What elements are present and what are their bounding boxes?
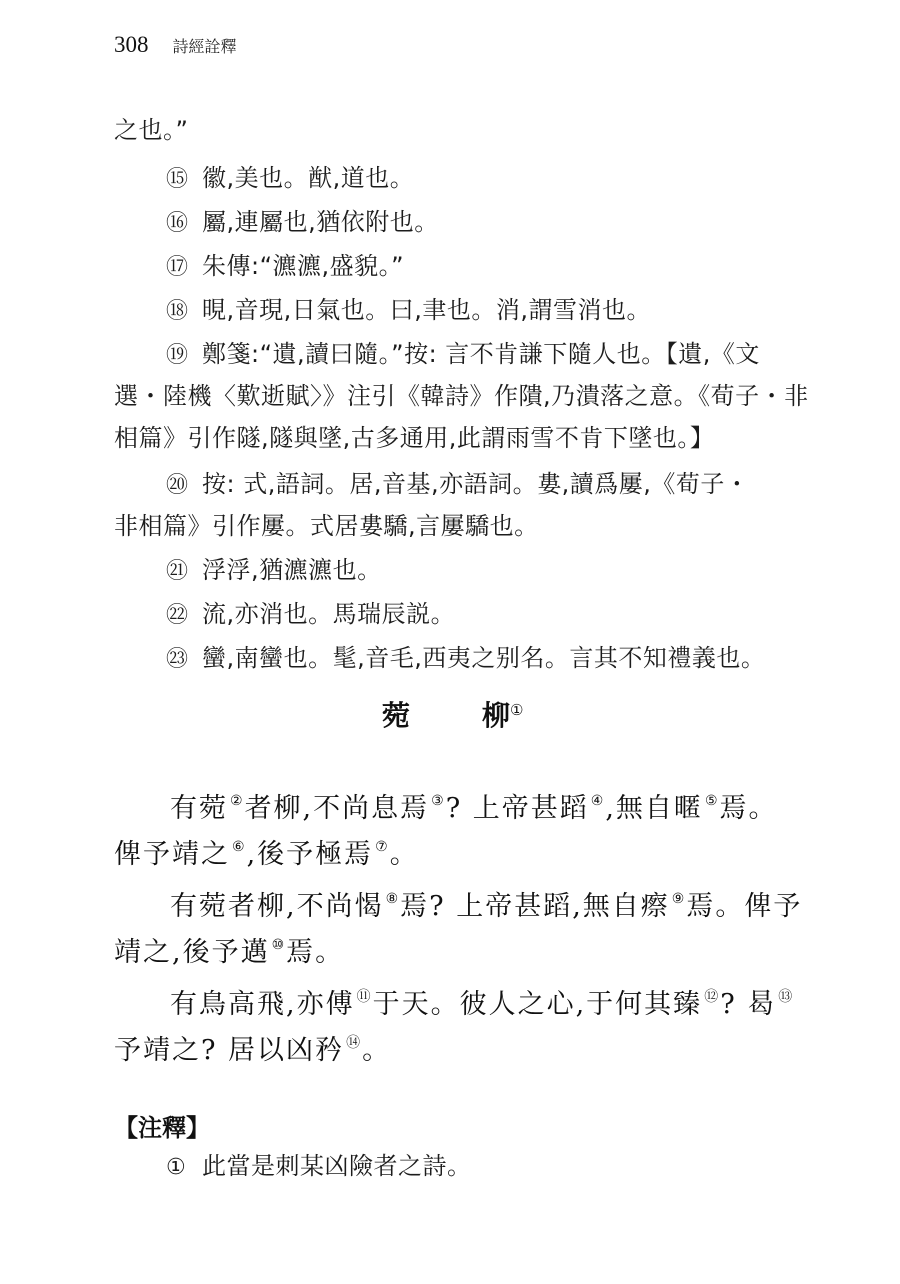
- footnote-marker: ⑩: [272, 937, 285, 953]
- poem-text: ,後予極焉: [247, 839, 374, 870]
- note-23: ㉓蠻,南蠻也。髦,音毛,西夷之别名。言其不知禮義也。: [166, 642, 866, 676]
- poem-text: 于天。彼人之心,于何其臻: [373, 989, 703, 1020]
- note-number: ⑲: [166, 340, 202, 372]
- footnote-marker: ④: [591, 793, 604, 809]
- poem-text: ,無自暱: [605, 793, 703, 824]
- poem-text: 焉? 上帝甚蹈,無自瘵: [400, 891, 670, 922]
- note-text: 徽,美也。猷,道也。: [202, 164, 414, 192]
- note-18: ⑱晛,音現,日氣也。曰,聿也。消,謂雪消也。: [166, 294, 866, 328]
- poem-title-char-1: 菀: [382, 699, 410, 732]
- note-number: ⑯: [166, 208, 202, 240]
- footnote-marker: ⑤: [705, 793, 718, 809]
- note-text: 浮浮,猶瀌瀌也。: [202, 556, 382, 584]
- poem-title-char-2: 柳: [482, 699, 510, 732]
- note-text: 此當是刺某凶險者之詩。: [202, 1152, 472, 1180]
- book-page: 308 詩經詮釋 之也。” ⑮徽,美也。猷,道也。 ⑯屬,連屬也,猶依附也。 ⑰…: [0, 0, 900, 1284]
- footnote-marker: ⑫: [704, 989, 718, 1005]
- note-16: ⑯屬,連屬也,猶依附也。: [166, 206, 866, 240]
- poem-title: 菀柳①: [382, 694, 582, 734]
- poem-text: 有菀者柳,不尚愒: [170, 891, 384, 922]
- poem-text: ? 曷: [720, 989, 776, 1020]
- note-number: ⑳: [166, 470, 202, 502]
- note-number: ⑱: [166, 296, 202, 328]
- note-19-line-1: ⑲鄭箋:“遺,讀曰隨。”按: 言不肯謙下隨人也。【遺,《文: [166, 338, 866, 372]
- poem-stanza-1-line-2: 俾予靖之⑥,後予極焉⑦。: [114, 830, 419, 872]
- footnote-marker: ⑬: [778, 989, 792, 1005]
- footnote-marker: ⑪: [357, 989, 371, 1005]
- poem-text: 焉。: [720, 793, 778, 824]
- note-text: 晛,音現,日氣也。曰,聿也。消,謂雪消也。: [202, 296, 651, 324]
- note-20-line-1: ⑳按: 式,語詞。居,音基,亦語詞。婁,讀爲屢,《荀子・: [166, 468, 866, 502]
- footnote-marker: ②: [230, 793, 243, 809]
- note-22: ㉒流,亦消也。馬瑞辰説。: [166, 598, 866, 632]
- poem-text: 有菀: [170, 793, 228, 824]
- note-text: 朱傳:“瀌瀌,盛貌。”: [202, 252, 404, 280]
- footnote-marker: ⑦: [375, 839, 388, 855]
- note-text: 屬,連屬也,猶依附也。: [202, 208, 439, 236]
- poem-stanza-2-line-2: 靖之,後予邁⑩焉。: [114, 928, 344, 970]
- note-text: 按: 式,語詞。居,音基,亦語詞。婁,讀爲屢,《荀子・: [202, 470, 749, 498]
- poem-text: ? 上帝甚蹈: [446, 793, 589, 824]
- note-text: 鄭箋:“遺,讀曰隨。”按: 言不肯謙下隨人也。【遺,《文: [202, 340, 760, 368]
- poem-text: 焉。俾予: [686, 891, 802, 922]
- note-number: ㉒: [166, 600, 202, 632]
- footnote-marker: ⑥: [232, 839, 245, 855]
- footnote-marker: ⑭: [346, 1035, 360, 1051]
- annotation-1: ①此當是刺某凶險者之詩。: [166, 1150, 866, 1184]
- note-21: ㉑浮浮,猶瀌瀌也。: [166, 554, 866, 588]
- note-number: ㉑: [166, 556, 202, 588]
- footnote-marker: ①: [510, 701, 523, 719]
- footnote-marker: ③: [431, 793, 444, 809]
- poem-text: 者柳,不尚息焉: [245, 793, 430, 824]
- note-number: ⑮: [166, 164, 202, 196]
- page-number: 308: [114, 32, 149, 58]
- footnote-marker: ⑧: [386, 891, 399, 907]
- note-text: 蠻,南蠻也。髦,音毛,西夷之别名。言其不知禮義也。: [202, 644, 765, 672]
- note-carryover: 之也。”: [114, 114, 814, 146]
- poem-text: 焉。: [286, 937, 344, 968]
- running-header: 308 詩經詮釋: [114, 32, 237, 62]
- poem-stanza-2-line-1: 有菀者柳,不尚愒⑧焉? 上帝甚蹈,無自瘵⑨焉。俾予: [170, 882, 802, 924]
- poem-stanza-1-line-1: 有菀②者柳,不尚息焉③? 上帝甚蹈④,無自暱⑤焉。: [170, 784, 778, 826]
- poem-text: 有鳥高飛,亦傅: [170, 989, 355, 1020]
- footnote-marker: ⑨: [672, 891, 685, 907]
- book-title: 詩經詮釋: [173, 34, 237, 57]
- poem-text: 。: [362, 1035, 391, 1066]
- note-17: ⑰朱傳:“瀌瀌,盛貌。”: [166, 250, 866, 284]
- poem-text: 。: [390, 839, 419, 870]
- poem-text: 予靖之? 居以凶矜: [114, 1035, 344, 1066]
- note-number: ①: [166, 1152, 202, 1184]
- note-number: ⑰: [166, 252, 202, 284]
- note-20-line-2: 非相篇》引作屢。式居婁驕,言屢驕也。: [114, 510, 814, 542]
- poem-text: 靖之,後予邁: [114, 937, 270, 968]
- note-text: 流,亦消也。馬瑞辰説。: [202, 600, 455, 628]
- annotations-heading: 【注釋】: [114, 1108, 210, 1143]
- poem-text: 俾予靖之: [114, 839, 230, 870]
- note-19-line-3: 相篇》引作隧,隧與墜,古多通用,此謂雨雪不肯下墜也。】: [114, 422, 814, 454]
- poem-stanza-3-line-1: 有鳥高飛,亦傅⑪于天。彼人之心,于何其臻⑫? 曷⑬: [170, 980, 794, 1022]
- poem-stanza-3-line-2: 予靖之? 居以凶矜⑭。: [114, 1026, 391, 1068]
- note-15: ⑮徽,美也。猷,道也。: [166, 162, 866, 196]
- note-number: ㉓: [166, 644, 202, 676]
- note-19-line-2: 選・陸機〈歎逝賦〉》注引《韓詩》作隤,乃潰落之意。《荀子・非: [114, 380, 814, 412]
